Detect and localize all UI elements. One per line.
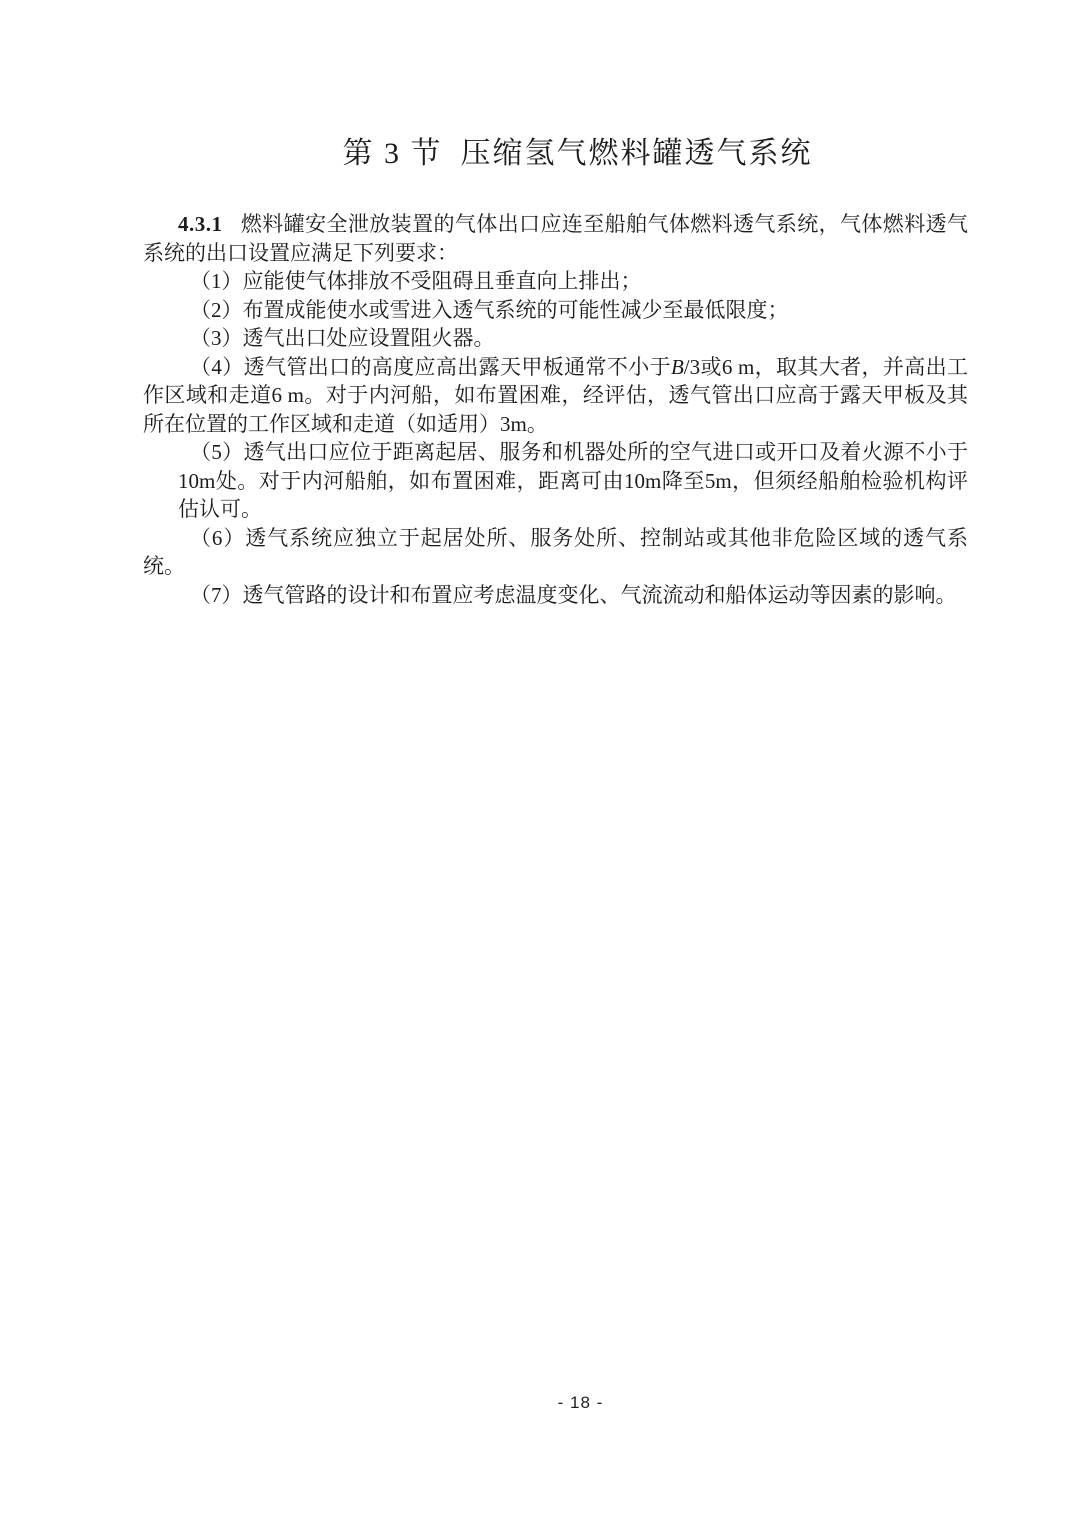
article-body: 4.3.1燃料罐安全泄放装置的气体出口应连至船舶气体燃料透气系统，气体燃料透气系… <box>143 210 968 609</box>
list-item-4: （4）透气管出口的高度应高出露天甲板通常不小于B/3或6 m，取其大者，并高出工… <box>143 353 968 439</box>
list-item-2: （2）布置成能使水或雪进入透气系统的可能性减少至最低限度； <box>143 296 968 325</box>
list-item-6: （6）透气系统应独立于起居处所、服务处所、控制站或其他非危险区域的透气系统。 <box>143 524 968 581</box>
list-item-1: （1）应能使气体排放不受阻碍且垂直向上排出； <box>143 267 968 296</box>
list-item-5: （5）透气出口应位于距离起居、服务和机器处所的空气进口或开口及着火源不小于10m… <box>143 438 968 524</box>
list-item-4-pre: （4）透气管出口的高度应高出露天甲板通常不小于 <box>190 355 671 379</box>
clause-intro-text: 燃料罐安全泄放装置的气体出口应连至船舶气体燃料透气系统，气体燃料透气系统的出口设… <box>143 212 968 265</box>
clause-number: 4.3.1 <box>178 212 223 236</box>
list-item-7: （7）透气管路的设计和布置应考虑温度变化、气流流动和船体运动等因素的影响。 <box>143 581 968 610</box>
document-page: { "title": { "section": "第 3 节", "text":… <box>0 0 1080 1528</box>
page-number: - 18 - <box>168 1392 993 1414</box>
section-title-text: 压缩氢气燃料罐透气系统 <box>461 137 813 170</box>
clause-4-3-1: 4.3.1燃料罐安全泄放装置的气体出口应连至船舶气体燃料透气系统，气体燃料透气系… <box>143 210 968 267</box>
variable-B: B <box>671 355 684 379</box>
list-item-3: （3）透气出口处应设置阻火器。 <box>143 324 968 353</box>
section-number: 第 3 节 <box>343 137 443 170</box>
section-title: 第 3 节压缩氢气燃料罐透气系统 <box>165 133 990 175</box>
